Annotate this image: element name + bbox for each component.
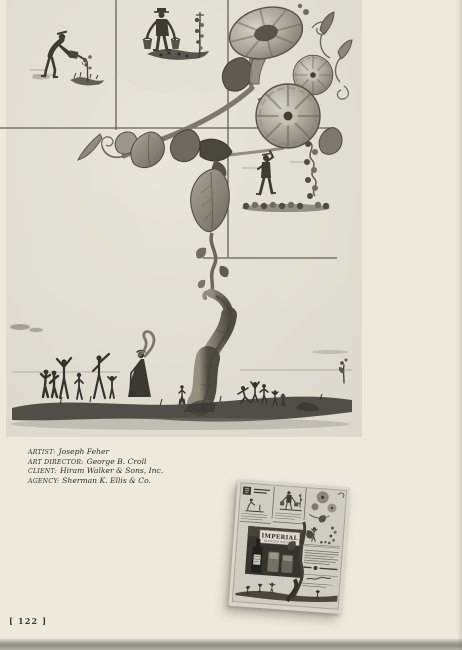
- page-right-edge: [457, 0, 462, 650]
- credit-value: Sherman K. Ellis & Co.: [62, 476, 151, 485]
- thumbnail-product-photo: IMPERIAL BLENDED WHISKEY: [245, 526, 304, 578]
- page-bottom-edge: [0, 639, 462, 650]
- credits-block: ARTIST:Joseph Feher ART DIRECTOR:George …: [28, 444, 163, 483]
- annual-book-page: ARTIST:Joseph Feher ART DIRECTOR:George …: [0, 0, 462, 650]
- credit-client: CLIENT:Hiram Walker & Sons, Inc.: [28, 463, 163, 473]
- bottle-neck: [256, 539, 261, 548]
- credit-art-director: ART DIRECTOR:George B. Croll: [28, 454, 163, 464]
- credit-label: AGENCY:: [28, 478, 59, 485]
- page-number: [ 122 ]: [9, 616, 47, 626]
- credit-artist: ARTIST:Joseph Feher: [28, 444, 163, 454]
- ad-thumbnail: IMPERIAL BLENDED WHISKEY: [229, 479, 351, 614]
- credit-agency: AGENCY:Sherman K. Ellis & Co.: [28, 473, 163, 483]
- advertisement-artwork: [0, 0, 362, 437]
